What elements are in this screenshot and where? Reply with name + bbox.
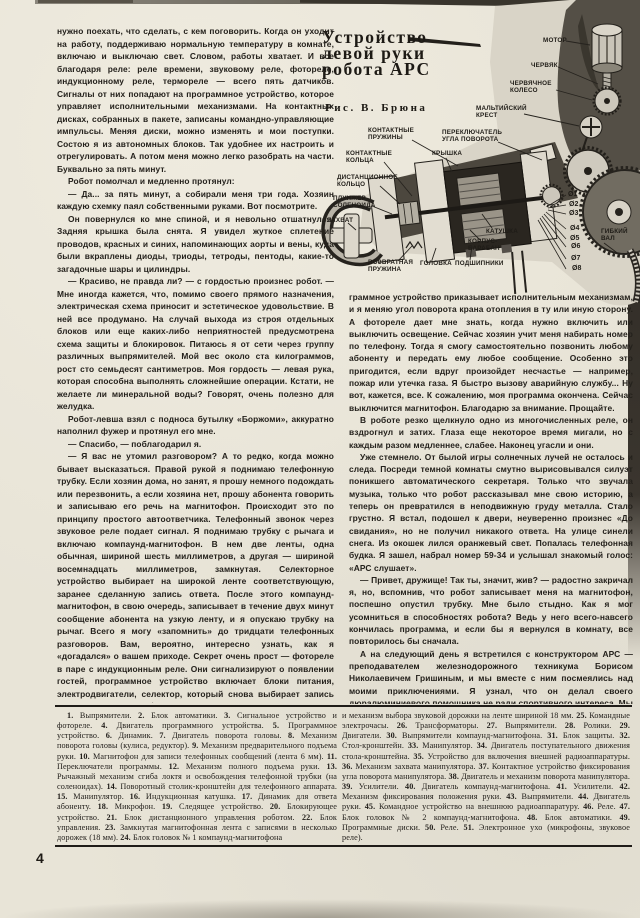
page-number: 4 — [36, 850, 44, 866]
figure-credit: Рис. В. Брюна — [325, 102, 427, 114]
right-text-column: граммное устройство приказывает исполнит… — [349, 291, 633, 704]
paragraph: Робот помолчал и медленно протянул: — [57, 175, 334, 188]
paragraph: граммное устройство приказывает исполнит… — [349, 291, 633, 414]
wire-number-6: Ø6 — [571, 243, 580, 250]
diagram-label-maltese-cross: МАЛЬТИЙСКИЙ КРЕСТ — [476, 105, 527, 120]
diagram-label-return-spring: ВОЗВРАТНАЯ ПРУЖИНА — [368, 259, 413, 274]
diagram-label-contact-rings: КОНТАКТНЫЕ КОЛЬЦА — [346, 150, 392, 165]
wire-number-8: Ø8 — [572, 265, 581, 272]
wire-number-5: Ø5 — [570, 235, 579, 242]
scan-edge-top-left — [38, 0, 133, 3]
paragraph: Уже стемнело. От былой игры солнечных лу… — [349, 451, 633, 574]
paragraph: — Спасибо, — поблагодарил я. — [57, 438, 334, 451]
diagram-label-remote-ring: ДИСТАНЦИОННОЕ КОЛЬЦО — [337, 174, 398, 189]
diagram-label-bearings: ПОДШИПНИКИ — [455, 260, 504, 267]
diagram-label-head: ГОЛОВКА — [420, 260, 452, 267]
wire-number-4: Ø4 — [570, 225, 579, 232]
diagram-label-drum-body: КОРПУС- БАРАБАН — [468, 238, 500, 253]
paragraph: — Привет, дружище! Так ты, значит, жив? … — [349, 574, 633, 648]
paragraph: — Да... за пять минут, а собирали меня т… — [57, 188, 334, 213]
scan-smudge-bottom — [0, 899, 640, 918]
diagram-label-worm-wheel: ЧЕРВЯЧНОЕ КОЛЕСО — [510, 80, 552, 95]
diagram-label-flexible-shaft: ГИБКИЙ ВАЛ — [601, 228, 628, 243]
paragraph: В роботе резко щелкнуло одно из многочис… — [349, 414, 633, 451]
diagram-label-solenoid-plunger: ПЛУНЖЕР СОЛЕНОИДА — [333, 195, 376, 210]
caption-rule-bottom — [55, 845, 632, 847]
wire-number-3: Ø3 — [569, 210, 578, 217]
diagram-label-motor: МОТОР — [543, 37, 567, 44]
paragraph: нужно поехать, что сделать, с кем погово… — [57, 25, 334, 175]
diagram-label-cover: КРЫШКА — [432, 150, 462, 157]
paragraph: — Красиво, не правда ли? — с гордостью п… — [57, 275, 334, 413]
caption-rule-top — [55, 705, 632, 707]
paragraph: — Я вас не утомил разговором? А то редко… — [57, 450, 334, 703]
diagram-label-contact-springs: КОНТАКТНЫЕ ПРУЖИНЫ — [368, 127, 414, 142]
magazine-page: МОТОР ЧЕРВЯК ЧЕРВЯЧНОЕ КОЛЕСО МАЛЬТИЙСКИ… — [0, 0, 640, 918]
figure-caption-right: и механизм выбора звуковой дорожки на ле… — [342, 711, 630, 843]
diagram-label-angle-switch: ПЕРЕКЛЮЧАТЕЛЬ УГЛА ПОВОРОТА — [442, 129, 502, 144]
diagram-label-worm: ЧЕРВЯК — [531, 62, 558, 69]
wire-number-1: Ø1 — [568, 191, 577, 198]
wire-number-2: Ø2 — [569, 201, 578, 208]
diagram-label-coil: КАТУШКА — [486, 228, 518, 235]
article-title: Устройство левой руки робота АРС — [322, 29, 431, 77]
paragraph: Робот-левша взял с подноса бутылку «Борж… — [57, 413, 334, 438]
left-text-column: нужно поехать, что сделать, с кем погово… — [57, 25, 334, 703]
paragraph: Он повернулся ко мне спиной, и я невольн… — [57, 213, 334, 276]
wire-number-7: Ø7 — [571, 255, 580, 262]
paragraph: А на следующий день я встретился с конст… — [349, 648, 633, 704]
figure-caption-left: 1. Выпрямители. 2. Блок автоматики. 3. С… — [57, 711, 337, 843]
